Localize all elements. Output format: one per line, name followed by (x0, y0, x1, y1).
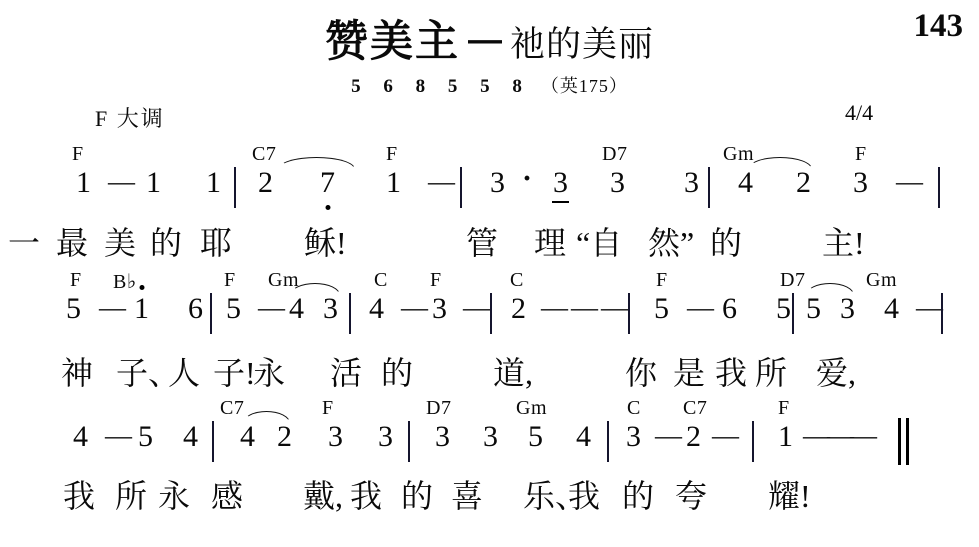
lyric-char: 所 (115, 471, 147, 517)
octave-dot-low (325, 205, 330, 210)
lyric-char: 人 (168, 348, 200, 394)
hymn-sheet-page: 143 赞美主—祂的美丽 5 6 8 5 5 8（英175） F 大调 4/4 … (0, 0, 979, 547)
note-6: 6 (722, 292, 737, 326)
chord-F: F (70, 269, 82, 292)
lyric-char: 喜 (451, 471, 483, 517)
lyric-char: 的 (150, 218, 182, 264)
note-5: 5 (528, 420, 543, 454)
barline (490, 293, 492, 334)
sustain-dash: — (105, 420, 132, 451)
chord-C: C (510, 269, 524, 292)
note-1: 1 (134, 292, 149, 326)
note-5: 5 (226, 292, 241, 326)
note-7: 7 (320, 166, 335, 200)
note-4: 4 (369, 292, 384, 326)
chord-F: F (855, 143, 867, 166)
chord-Gm: Gm (723, 143, 754, 166)
lyric-char: 我 (350, 471, 382, 517)
lyric-char: 的 (381, 348, 413, 394)
chord-F: F (322, 397, 334, 420)
note-1: 1 (76, 166, 91, 200)
lyric-char: 永 (253, 348, 285, 394)
chord-D7: D7 (780, 269, 805, 292)
lyric-char: 主! (822, 218, 865, 264)
chord-F: F (72, 143, 84, 166)
lyric-char: 我 (715, 348, 747, 394)
barline (210, 293, 212, 334)
lyric-char: 的 (401, 471, 433, 517)
barline (708, 167, 710, 208)
note-1: 1 (206, 166, 221, 200)
chord-C: C (627, 397, 641, 420)
lyric-char: 管 (466, 218, 498, 264)
barline (941, 293, 943, 334)
slur-arc (278, 157, 355, 169)
lyric-char: 我 (63, 471, 95, 517)
lyric-char: 美 (104, 218, 136, 264)
lyric-char: 是 (673, 348, 705, 394)
note-3: 3 (328, 420, 343, 454)
note-3: 3 (323, 292, 338, 326)
lyric-char: 耶 (200, 218, 232, 264)
eighth-underline (552, 201, 569, 203)
note-3: 3 (626, 420, 641, 454)
lyric-char: 的 (622, 471, 654, 517)
system-1: FC7FD7GmF1—11271—3·333423—一最美的耶稣!管理“自然”的… (0, 142, 979, 268)
chord-F: F (430, 269, 442, 292)
note-1: 1 (146, 166, 161, 200)
note-3: 3 (435, 420, 450, 454)
note-4: 4 (576, 420, 591, 454)
chord-D7: D7 (426, 397, 451, 420)
lyric-char: 所 (755, 348, 787, 394)
barline (607, 421, 609, 462)
lyric-char: 永 (158, 471, 190, 517)
sustain-dash: — (258, 292, 285, 323)
note-4: 4 (73, 420, 88, 454)
barline (212, 421, 214, 462)
note-3: 3 (490, 166, 505, 200)
chord-F: F (778, 397, 790, 420)
barline (234, 167, 236, 208)
sustain-dash: — (108, 166, 135, 197)
sustain-dash: — (655, 420, 682, 451)
lyric-char: 戴, (303, 471, 343, 517)
note-3: 3 (610, 166, 625, 200)
barline (460, 167, 462, 208)
sustain-dash: — (463, 292, 490, 323)
chord-Gm: Gm (516, 397, 547, 420)
note-3: 3 (378, 420, 393, 454)
sustain-dash: — (916, 292, 943, 323)
sustain-dash: — (803, 420, 830, 451)
sustain-dash: — (541, 292, 568, 323)
barline (752, 421, 754, 462)
lyric-char: 道, (493, 348, 533, 394)
lyric-char: 的 (710, 218, 742, 264)
note-3: 3 (853, 166, 868, 200)
lyric-char: 最 (56, 218, 88, 264)
chord-Bb: B♭ (113, 269, 137, 294)
system-3: C7FD7GmCC7F4—54423333543—2—1———我所永感戴,我的喜… (0, 396, 979, 522)
lyric-char: 子! (213, 348, 256, 394)
note-6: 6 (188, 292, 203, 326)
chord-F: F (386, 143, 398, 166)
barline (628, 293, 630, 334)
sustain-dash: — (99, 292, 126, 323)
final-double-barline (898, 418, 909, 465)
note-1: 1 (778, 420, 793, 454)
note-3: 3 (553, 166, 568, 200)
sustain-dash: — (601, 292, 628, 323)
sustain-dash: — (712, 420, 739, 451)
chord-C7: C7 (220, 397, 244, 420)
lyric-char: 夸 (675, 471, 707, 517)
sustain-dash: — (687, 292, 714, 323)
chord-Gm: Gm (866, 269, 897, 292)
note-4: 4 (738, 166, 753, 200)
lyric-char: 耀! (768, 471, 811, 517)
sustain-dash: — (896, 166, 923, 197)
augmentation-dot: · (522, 162, 532, 196)
sustain-dash: — (571, 292, 598, 323)
chord-F: F (656, 269, 668, 292)
barline (792, 293, 794, 334)
lyric-char: 神 (61, 348, 93, 394)
barline (408, 421, 410, 462)
note-2: 2 (686, 420, 701, 454)
sustain-dash: — (428, 166, 455, 197)
chord-C7: C7 (683, 397, 707, 420)
lyric-char: 爱, (816, 348, 856, 394)
verse-number: 一 (8, 218, 40, 264)
lyric-char: 理 (534, 218, 566, 264)
octave-dot-high (139, 285, 144, 290)
note-3: 3 (840, 292, 855, 326)
note-3: 3 (483, 420, 498, 454)
note-4: 4 (183, 420, 198, 454)
note-5: 5 (138, 420, 153, 454)
note-2: 2 (277, 420, 292, 454)
sustain-dash: — (401, 292, 428, 323)
note-1: 1 (386, 166, 401, 200)
lyric-char: “自 (576, 218, 622, 264)
lyric-char: 我 (568, 471, 600, 517)
system-2: FB♭FGmCFCFD7Gm5—165—434—3—2———5—65534—神子… (0, 268, 979, 394)
lyric-char: 稣! (304, 218, 347, 264)
chord-C: C (374, 269, 388, 292)
barline (349, 293, 351, 334)
sustain-dash: — (850, 420, 877, 451)
note-4: 4 (289, 292, 304, 326)
note-2: 2 (796, 166, 811, 200)
chord-C7: C7 (252, 143, 276, 166)
barline (938, 167, 940, 208)
chord-F: F (224, 269, 236, 292)
note-5: 5 (66, 292, 81, 326)
note-3: 3 (684, 166, 699, 200)
note-5: 5 (776, 292, 791, 326)
lyric-char: 感 (211, 471, 243, 517)
note-2: 2 (258, 166, 273, 200)
note-5: 5 (654, 292, 669, 326)
chord-D7: D7 (602, 143, 627, 166)
score-area: FC7FD7GmF1—11271—3·333423—一最美的耶稣!管理“自然”的… (0, 0, 979, 547)
note-4: 4 (240, 420, 255, 454)
note-2: 2 (511, 292, 526, 326)
lyric-char: 你 (625, 348, 657, 394)
note-4: 4 (884, 292, 899, 326)
note-3: 3 (432, 292, 447, 326)
lyric-char: 活 (330, 348, 362, 394)
lyric-char: 然” (648, 218, 694, 264)
note-5: 5 (806, 292, 821, 326)
